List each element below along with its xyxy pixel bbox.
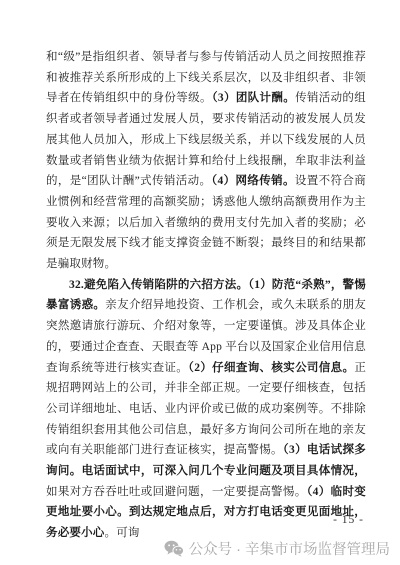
wechat-watermark: 公众号 · 辛集市市场监督管理局 (164, 538, 390, 559)
document-page: { "document": { "paragraphs": [ { "inden… (0, 0, 400, 565)
document-body: 和“级”是指组织者、领导者与参与传销活动人员之间按照推荐和被推荐关系所形成的上下… (46, 47, 366, 544)
paragraph: 32.避免陷入传销陷阱的六招方法。（1）防范“杀熟”，警惕暴富诱惑。亲友介绍异地… (46, 275, 366, 544)
text-run: 设置不符合商业惯例和经营常理的高额奖励；诱惑他人缴纳高额费用作为主要收入来源；以… (46, 175, 366, 270)
text-run: 如果对方吞吞吐吐或回避问题，一定要提高警惕。 (46, 486, 307, 498)
text-run: 传销活动的组织者或者领导者通过发展人员，要求传销活动的被发展人员发展其他人员加入… (46, 92, 366, 187)
wechat-icon (164, 540, 184, 557)
text-run-bold: （2）仔细查询、核实公司信息。 (188, 362, 354, 374)
text-run-bold: （3）团队计酬。 (212, 92, 295, 104)
page-number: - 15 - (333, 514, 364, 526)
text-run: 。可询 (105, 527, 140, 539)
watermark-text: 公众号 · 辛集市市场监督管理局 (189, 538, 390, 559)
text-run: 正规招聘网站上的公司，并非全部正规。一定要仔细核查，包括公司详细地址、电话、业内… (46, 362, 366, 457)
paragraph: 和“级”是指组织者、领导者与参与传销活动人员之间按照推荐和被推荐关系所形成的上下… (46, 47, 366, 275)
text-run-bold: （4）网络传销。 (211, 175, 295, 187)
